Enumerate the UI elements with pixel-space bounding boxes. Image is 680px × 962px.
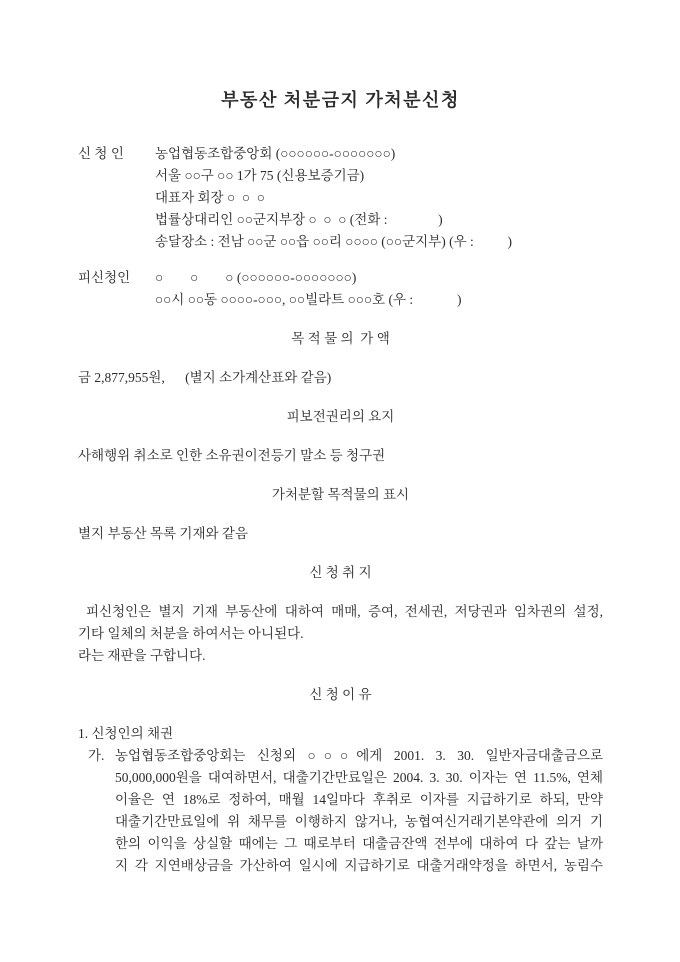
reason-sub-item-line: 농업협동조합중앙회는 신청외 ○○○에게 2001. 3. 30. 일반자금대출… bbox=[115, 745, 603, 767]
reason-sub-item-line: 50,000,000원을 대여하면서, 대출기간만료일은 2004. 3. 30… bbox=[115, 767, 603, 789]
applicant-label: 신 청 인 bbox=[78, 143, 155, 253]
section-heading-preserved-right: 피보전권리의 요지 bbox=[78, 406, 603, 428]
respondent-lines: ○ ○ ○ (○○○○○○-○○○○○○○) ○○시 ○○동 ○○○○-○○○,… bbox=[155, 267, 603, 311]
applicant-address-line: 서울 ○○구 ○○ 1가 75 (신용보증기금) bbox=[155, 165, 603, 187]
purpose-paragraph: 피신청인은 별지 기재 부동산에 대하여 매매, 증여, 전세권, 저당권과 임… bbox=[78, 601, 603, 667]
document-title: 부동산 처분금지 가처분신청 bbox=[78, 88, 603, 112]
reason-item-title: 1. 신청인의 채권 bbox=[78, 723, 603, 745]
section-heading-reason: 신 청 이 유 bbox=[78, 684, 603, 706]
reason-sub-item-marker: 가. bbox=[88, 745, 115, 877]
applicant-block: 신 청 인 농업협동조합중앙회 (○○○○○○-○○○○○○○) 서울 ○○구 … bbox=[78, 143, 603, 253]
respondent-address-line: ○○시 ○○동 ○○○○-○○○, ○○빌라트 ○○○호 (우 : ) bbox=[155, 289, 603, 311]
purpose-line: 기타 일체의 처분을 하여서는 아니된다. bbox=[78, 623, 603, 645]
object-display-text: 별지 부동산 목록 기재와 같음 bbox=[78, 523, 603, 545]
section-heading-object-value: 목 적 물 의 가 액 bbox=[78, 328, 603, 350]
section-heading-object-display: 가처분할 목적물의 표시 bbox=[78, 484, 603, 506]
purpose-line: 라는 재판을 구합니다. bbox=[78, 645, 603, 667]
preserved-right-text: 사해행위 취소로 인한 소유권이전등기 말소 등 청구권 bbox=[78, 445, 603, 467]
applicant-representative-line: 대표자 회장 ○ ○ ○ bbox=[155, 187, 603, 209]
applicant-lines: 농업협동조합중앙회 (○○○○○○-○○○○○○○) 서울 ○○구 ○○ 1가 … bbox=[155, 143, 603, 253]
respondent-name-line: ○ ○ ○ (○○○○○○-○○○○○○○) bbox=[155, 267, 603, 289]
object-value-text: 금 2,877,955원, (별지 소가계산표와 같음) bbox=[78, 367, 603, 389]
document-page: 부동산 처분금지 가처분신청 신 청 인 농업협동조합중앙회 (○○○○○○-○… bbox=[0, 0, 680, 962]
reason-sub-item-line: 대출기간만료일에 위 채무를 이행하지 않거나, 농협여신거래기본약관에 의거 … bbox=[115, 811, 603, 833]
purpose-line: 피신청인은 별지 기재 부동산에 대하여 매매, 증여, 전세권, 저당권과 임… bbox=[78, 601, 603, 623]
reason-sub-item-line: 지 각 지연배상금을 가산하여 일시에 지급하기로 대출거래약정을 하면서, 농… bbox=[115, 855, 603, 877]
respondent-label: 피신청인 bbox=[78, 267, 155, 311]
applicant-name-line: 농업협동조합중앙회 (○○○○○○-○○○○○○○) bbox=[155, 143, 603, 165]
reason-sub-item: 가. 농업협동조합중앙회는 신청외 ○○○에게 2001. 3. 30. 일반자… bbox=[78, 745, 603, 877]
section-heading-purpose: 신 청 취 지 bbox=[78, 562, 603, 584]
applicant-legal-agent-line: 법률상대리인 ○○군지부장 ○ ○ ○ (전화 : ) bbox=[155, 209, 603, 231]
reason-sub-item-line: 이율은 연 18%로 정하여, 매월 14일마다 후취로 이자를 지급하기로 하… bbox=[115, 789, 603, 811]
respondent-block: 피신청인 ○ ○ ○ (○○○○○○-○○○○○○○) ○○시 ○○동 ○○○○… bbox=[78, 267, 603, 311]
reason-sub-item-line: 한의 이익을 상실할 때에는 그 때로부터 대출금잔액 전부에 대하여 다 갚는… bbox=[115, 833, 603, 855]
reason-sub-item-lines: 농업협동조합중앙회는 신청외 ○○○에게 2001. 3. 30. 일반자금대출… bbox=[115, 745, 603, 877]
document-content: 부동산 처분금지 가처분신청 신 청 인 농업협동조합중앙회 (○○○○○○-○… bbox=[0, 0, 680, 877]
applicant-service-address-line: 송달장소 : 전남 ○○군 ○○읍 ○○리 ○○○○ (○○군지부) (우 : … bbox=[155, 231, 603, 253]
